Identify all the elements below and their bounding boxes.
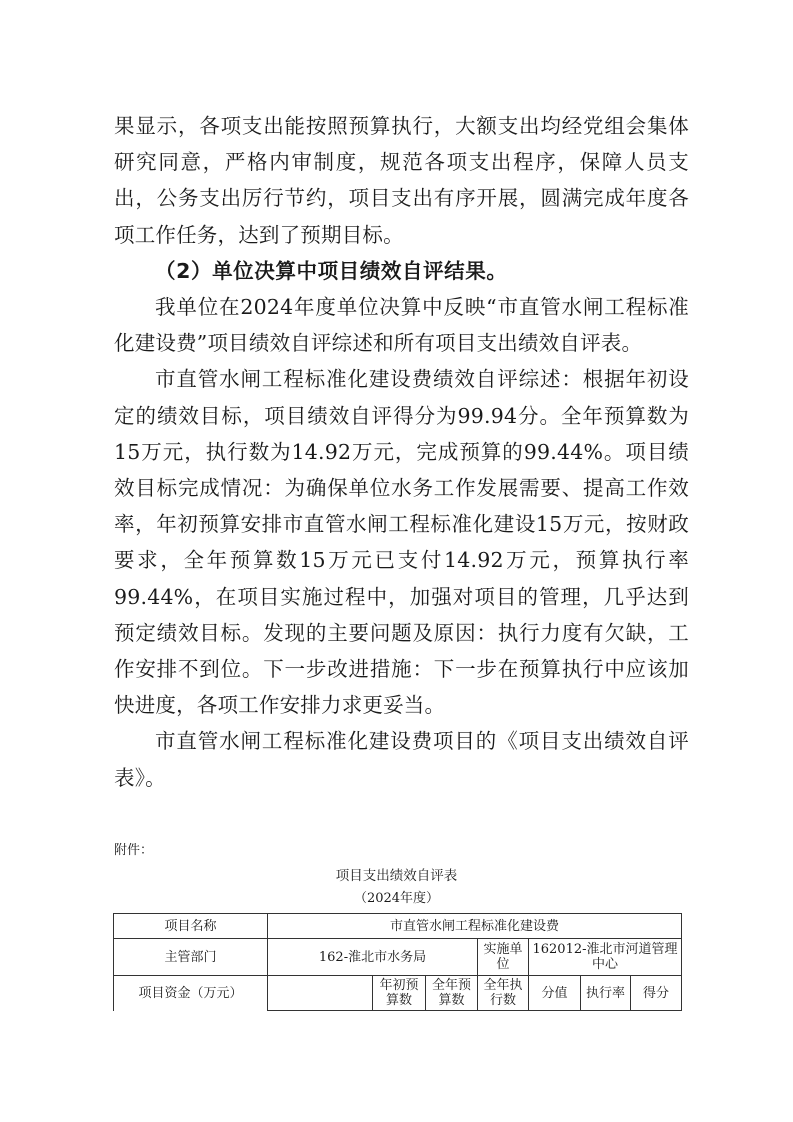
table-row: 主管部门 162-淮北市水务局 实施单位 162012-淮北市河道管理中心: [114, 939, 682, 976]
impl-unit-label: 实施单位: [478, 939, 529, 976]
col-initial-budget: 年初预算数: [373, 976, 426, 1011]
paragraph-conclusion: 果显示，各项支出能按照预算执行，大额支出均经党组会集体研究同意，严格内审制度，规…: [114, 108, 689, 253]
table-year: （2024年度）: [0, 891, 793, 907]
project-name-value: 市直管水闸工程标准化建设费: [268, 914, 682, 939]
table-title: 项目支出绩效自评表: [0, 867, 793, 885]
col-annual-execution: 全年执行数: [478, 976, 529, 1011]
paragraph-table-ref: 市直管水闸工程标准化建设费项目的《项目支出绩效自评表》。: [114, 723, 689, 795]
col-execution-rate: 执行率: [581, 976, 631, 1011]
body-text: 果显示，各项支出能按照预算执行，大额支出均经党组会集体研究同意，严格内审制度，规…: [114, 108, 689, 796]
dept-label: 主管部门: [114, 939, 268, 976]
attachment-label: 附件：: [114, 843, 153, 859]
section-heading: （2）单位决算中项目绩效自评结果。: [114, 253, 689, 289]
impl-unit-value: 162012-淮北市河道管理中心: [529, 939, 682, 976]
paragraph-intro: 我单位在2024年度单位决算中反映“市直管水闸工程标准化建设费”项目绩效自评综述…: [114, 289, 689, 361]
document-page: 果显示，各项支出能按照预算执行，大额支出均经党组会集体研究同意，严格内审制度，规…: [0, 0, 793, 1122]
funds-label: 项目资金（万元）: [114, 976, 268, 1011]
project-name-label: 项目名称: [114, 914, 268, 939]
col-score: 得分: [631, 976, 682, 1011]
col-score-value: 分值: [529, 976, 581, 1011]
table-row: 项目名称 市直管水闸工程标准化建设费: [114, 914, 682, 939]
table-row: 项目资金（万元） 年初预算数 全年预算数 全年执行数 分值 执行率 得分: [114, 976, 682, 1011]
col-annual-budget: 全年预算数: [426, 976, 478, 1011]
dept-value: 162-淮北市水务局: [268, 939, 478, 976]
evaluation-table: 项目名称 市直管水闸工程标准化建设费 主管部门 162-淮北市水务局 实施单位 …: [113, 913, 682, 1011]
funds-blank: [268, 976, 373, 1011]
paragraph-summary: 市直管水闸工程标准化建设费绩效自评综述：根据年初设定的绩效目标，项目绩效自评得分…: [114, 361, 689, 723]
